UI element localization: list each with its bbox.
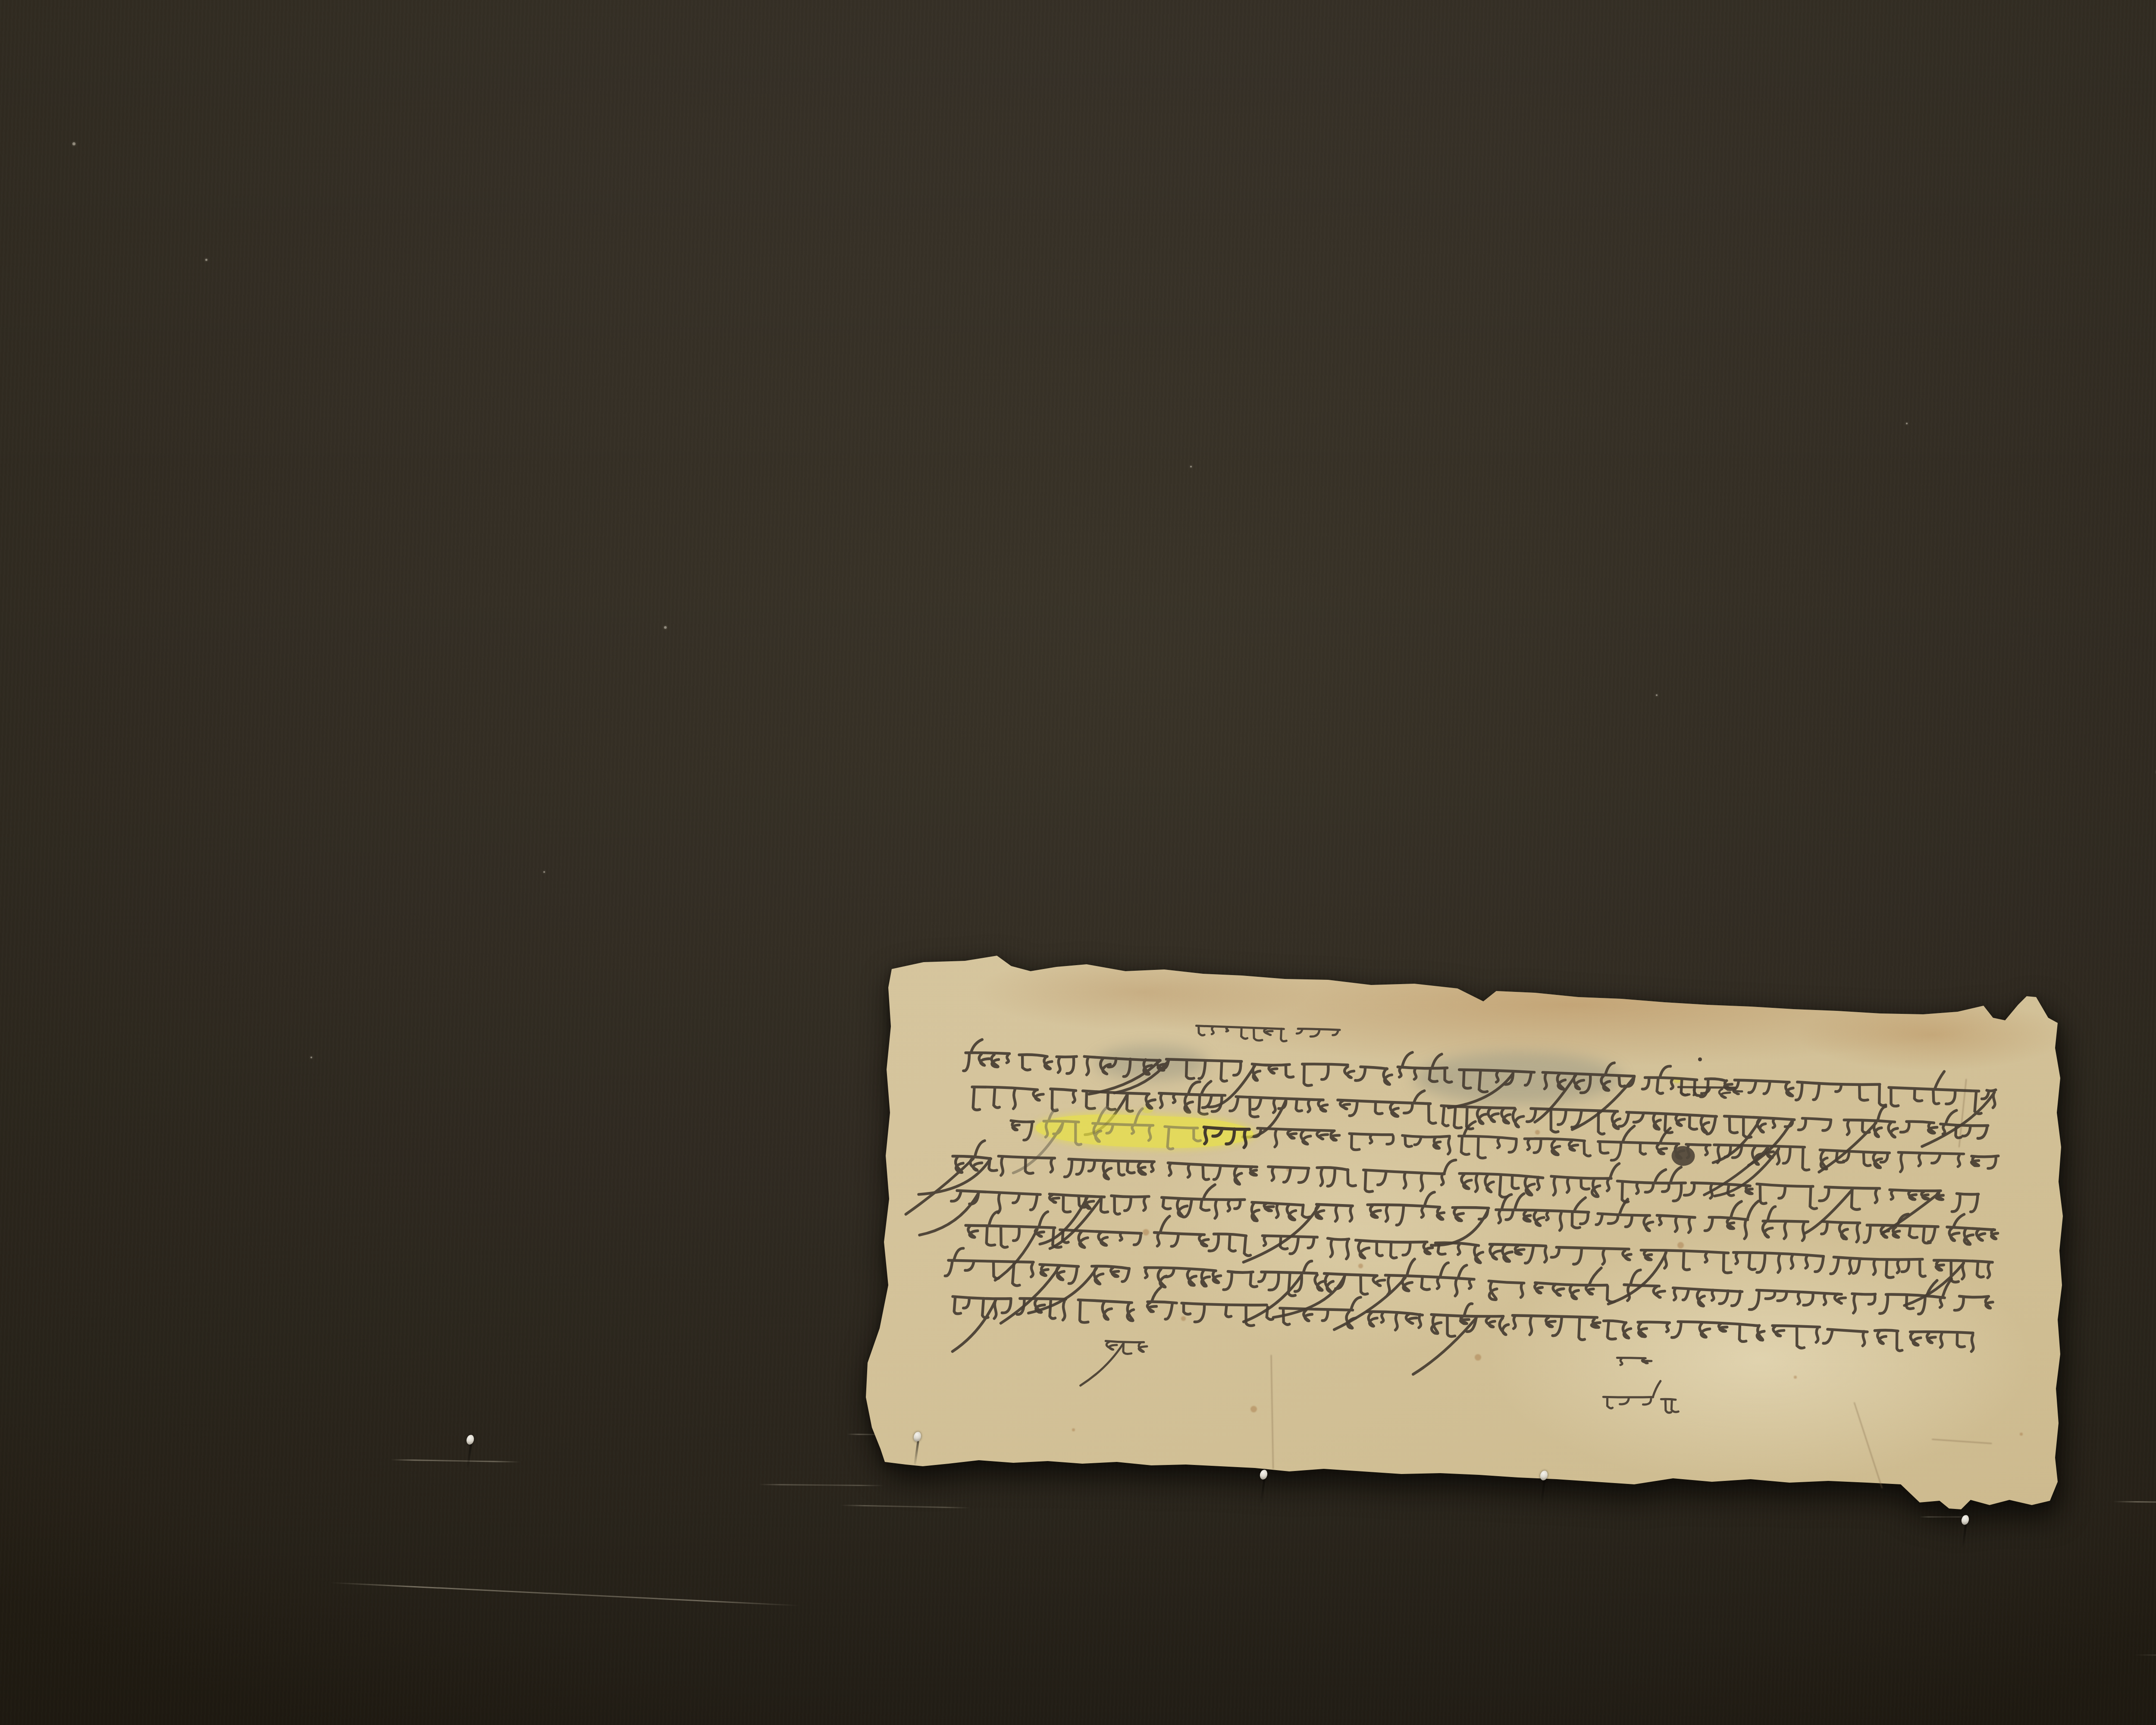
push-pin — [1259, 1469, 1268, 1480]
push-pin — [465, 1434, 475, 1445]
pin-shadow — [914, 1441, 919, 1465]
push-pin — [1960, 1514, 1970, 1525]
push-pin — [1539, 1470, 1548, 1481]
photo-of-pinned-manuscript: এঘবানিঃ খ৩৩খ্ব৩ষত্রধবনিনমইলেনেনকুশোদকেনদ… — [0, 0, 2156, 1725]
push-pin — [912, 1431, 922, 1442]
pin-shadow — [1260, 1479, 1266, 1503]
pins-layer — [0, 0, 2156, 1725]
pin-shadow — [1540, 1480, 1546, 1504]
pin-shadow — [467, 1444, 472, 1468]
pin-shadow — [1962, 1524, 1967, 1548]
